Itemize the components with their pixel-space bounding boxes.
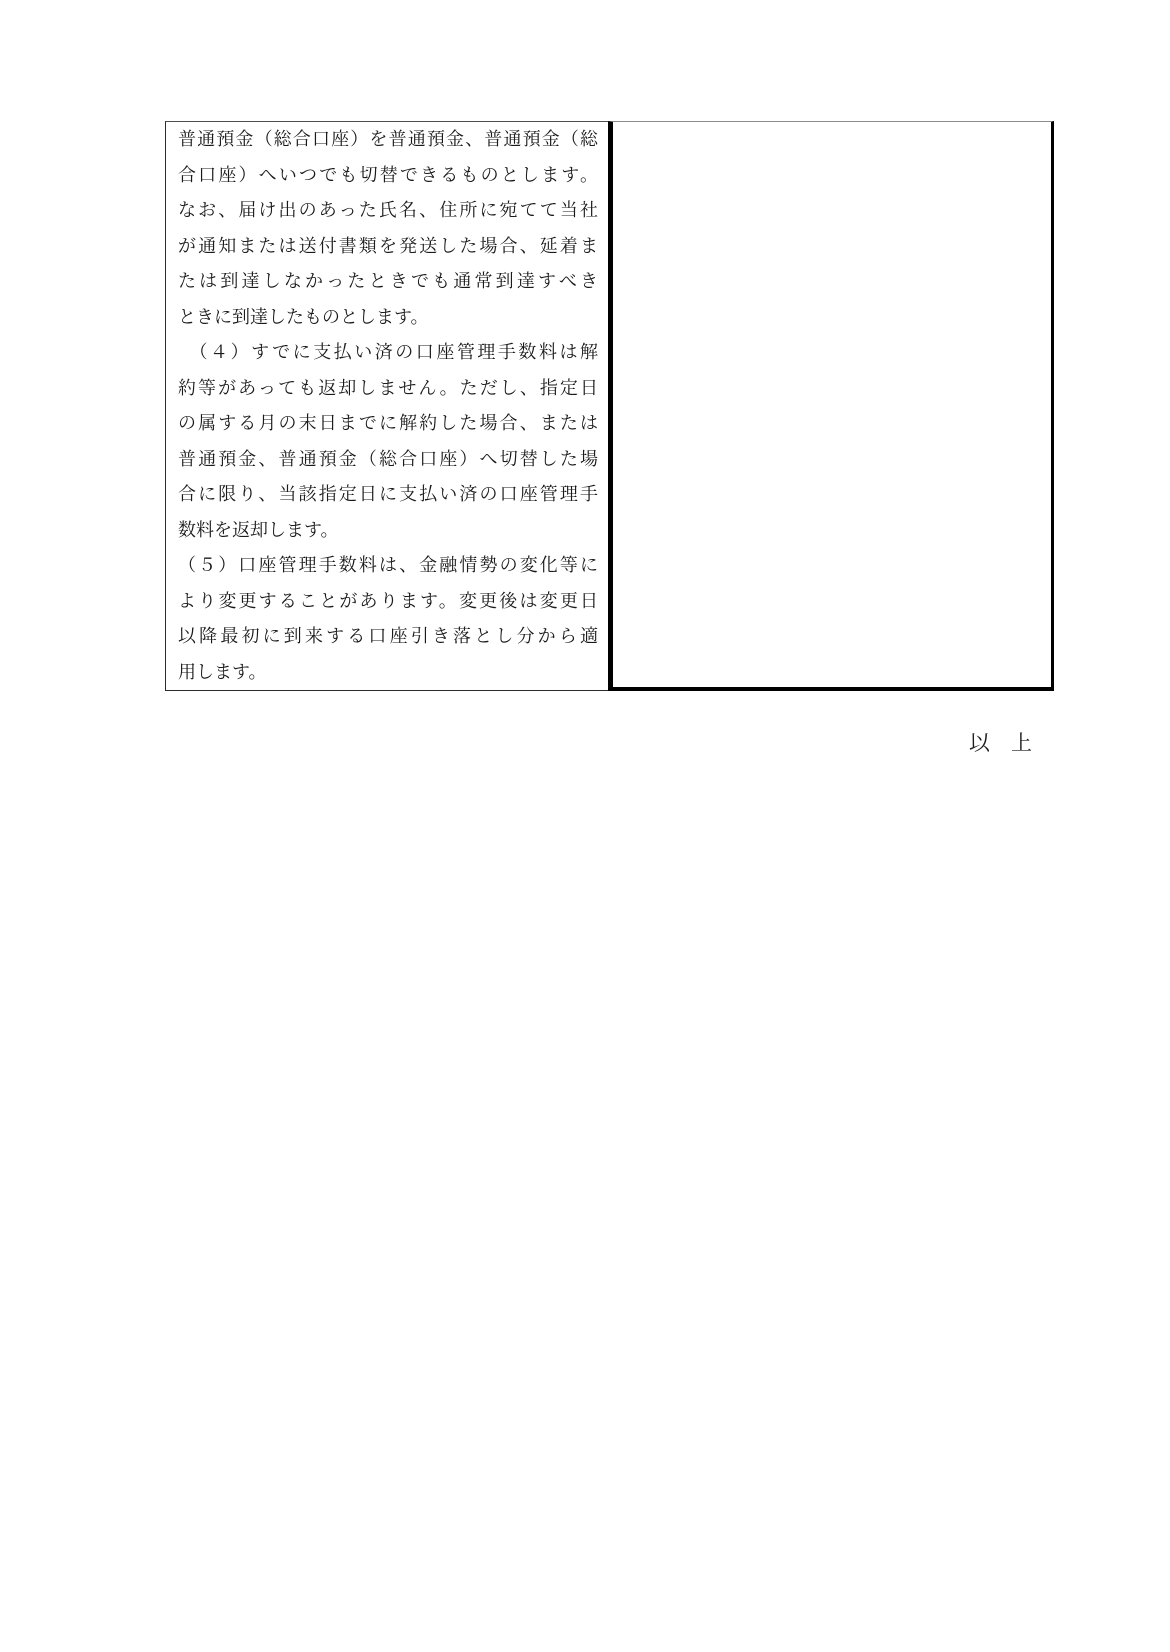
terms-line: より変更することがあります。変更後は変更日 <box>178 584 598 620</box>
terms-table-right-cell-empty <box>608 121 1054 691</box>
terms-line-text: たは到達しなかったときでも通常到達すべき <box>178 264 598 300</box>
terms-table: 普通預金（総合口座）を普通預金、普通預金（総 合口座）へいつでも切替できるものと… <box>165 121 1054 691</box>
terms-line-text: なお、届け出のあった氏名、住所に宛てて当社 <box>178 193 598 229</box>
terms-table-left-cell: 普通預金（総合口座）を普通預金、普通預金（総 合口座）へいつでも切替できるものと… <box>165 121 608 691</box>
terms-line-text: の属する月の末日までに解約した場合、または <box>178 406 598 442</box>
terms-line: なお、届け出のあった氏名、住所に宛てて当社 <box>178 193 598 229</box>
terms-line: 普通預金、普通預金（総合口座）へ切替した場 <box>178 442 598 478</box>
terms-line-text: 普通預金、普通預金（総合口座）へ切替した場 <box>178 442 598 478</box>
terms-line: 数料を返却します。 <box>178 513 598 549</box>
terms-line-text: より変更することがあります。変更後は変更日 <box>178 584 598 620</box>
terms-line-text: 数料を返却します。 <box>178 513 349 549</box>
terms-line: 約等があっても返却しません。ただし、指定日 <box>178 371 598 407</box>
terms-line: が通知または送付書類を発送した場合、延着ま <box>178 229 598 265</box>
terms-line-text: ときに到達したものとします。 <box>178 300 439 336</box>
terms-line-text: （４）すでに支払い済の口座管理手数料は解 <box>178 335 598 371</box>
terms-line: の属する月の末日までに解約した場合、または <box>178 406 598 442</box>
terms-line: ときに到達したものとします。 <box>178 300 598 336</box>
terms-line-text: （５）口座管理手数料は、金融情勢の変化等に <box>178 548 598 584</box>
terms-line: 以降最初に到来する口座引き落とし分から適 <box>178 619 598 655</box>
terms-line: （４）すでに支払い済の口座管理手数料は解 <box>178 335 598 371</box>
terms-line: たは到達しなかったときでも通常到達すべき <box>178 264 598 300</box>
terms-line: 合口座）へいつでも切替できるものとします。 <box>178 158 598 194</box>
document-page: { "document": { "language": "ja", "table… <box>0 0 1170 1652</box>
terms-line: 普通預金（総合口座）を普通預金、普通預金（総 <box>178 122 598 158</box>
terms-line-text: 合に限り、当該指定日に支払い済の口座管理手 <box>178 477 598 513</box>
terms-line-text: 普通預金（総合口座）を普通預金、普通預金（総 <box>178 122 598 158</box>
terms-line-text: が通知または送付書類を発送した場合、延着ま <box>178 229 598 265</box>
terms-line: 合に限り、当該指定日に支払い済の口座管理手 <box>178 477 598 513</box>
terms-line-text: 以降最初に到来する口座引き落とし分から適 <box>178 619 598 655</box>
closing-text: 以 上 <box>969 729 1032 757</box>
terms-line-text: 合口座）へいつでも切替できるものとします。 <box>178 158 598 194</box>
terms-line-text: 用します。 <box>178 655 277 691</box>
terms-line: 用します。 <box>178 655 598 691</box>
terms-line: （５）口座管理手数料は、金融情勢の変化等に <box>178 548 598 584</box>
terms-line-text: 約等があっても返却しません。ただし、指定日 <box>178 371 598 407</box>
